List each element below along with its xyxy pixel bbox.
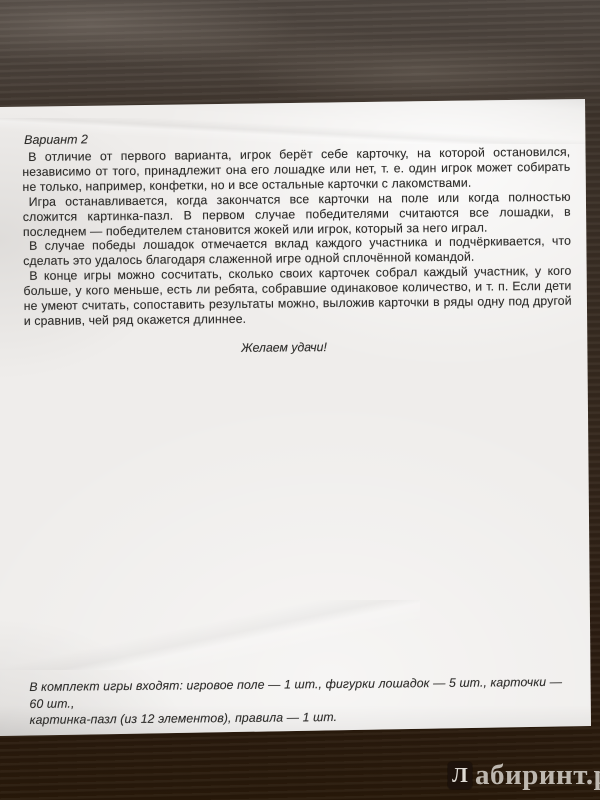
sheet-text-block: Вариант 2 В отличие от первого варианта,… (22, 128, 576, 733)
kit-contents-note: В комплект игры входят: игровое поле — 1… (29, 674, 569, 729)
rules-paragraph: Игра останавливается, когда закончатся в… (23, 189, 571, 239)
kit-contents-line: В комплект игры входят: игровое поле — 1… (29, 674, 569, 712)
good-luck-line: Желаем удачи! (24, 338, 544, 358)
instruction-sheet: Вариант 2 В отличие от первого варианта,… (0, 0, 600, 800)
rules-paragraph: В конце игры можно сосчитать, сколько св… (23, 264, 572, 329)
photo-canvas: Вариант 2 В отличие от первого варианта,… (0, 0, 600, 800)
labirint-watermark-text: абиринт.ру (475, 761, 600, 789)
labirint-watermark: Л абиринт.ру (448, 759, 600, 791)
rules-paragraph: В отличие от первого варианта, игрок бер… (22, 145, 570, 195)
labirint-logo-icon: Л (448, 762, 472, 789)
